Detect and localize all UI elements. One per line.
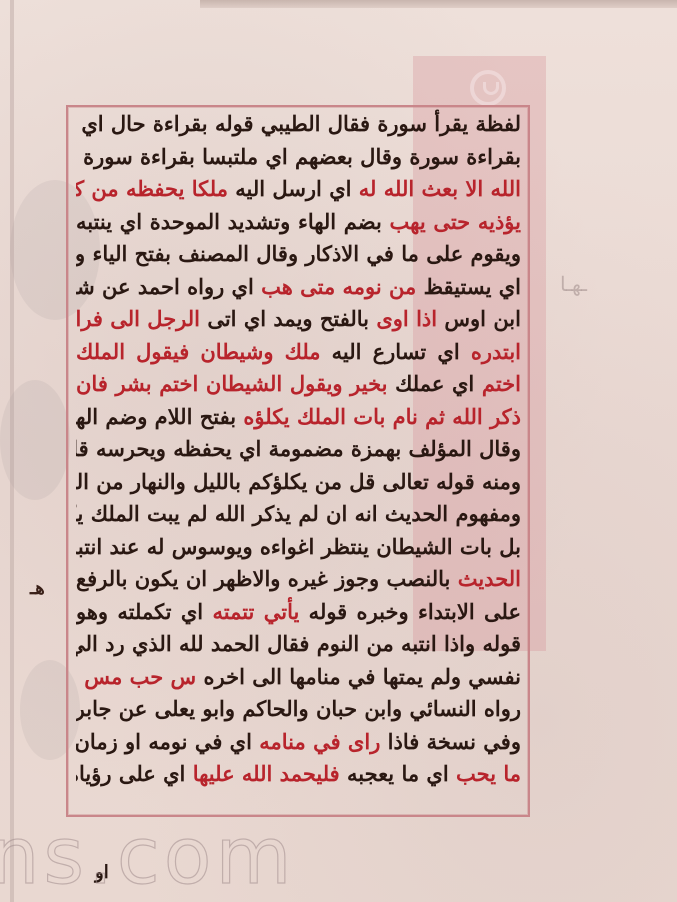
- body-text: بل بات الشيطان ينتظر اغواءه ويوسوس له عن…: [76, 534, 521, 559]
- body-text: نفسي ولم يمتها في منامها الى اخره: [196, 664, 521, 689]
- rubricated-text: ملك وشيطان فيقول الملك: [76, 339, 321, 364]
- rubricated-text: راى في منامه: [259, 729, 380, 754]
- body-text: اي تسارع اليه: [321, 339, 471, 364]
- body-text: ومنه قوله تعالى قل من يكلؤكم بالليل والن…: [76, 469, 521, 494]
- paper-stain: [0, 380, 70, 500]
- body-text: اي في نومه او زمان تحققه: [76, 729, 259, 754]
- manuscript-line: اختم اي عملك بخير ويقول الشيطان اختم بشر…: [76, 368, 521, 401]
- manuscript-line: على الابتداء وخبره قوله يأتي تتمته اي تك…: [76, 596, 521, 629]
- body-text: لفظة يقرأ سورة فقال الطيبي قوله بقراءة ح…: [76, 111, 521, 136]
- rubricated-text: يؤذيه حتى يهب: [390, 209, 521, 234]
- body-text: بفتح اللام وضم الهمزة: [76, 404, 243, 429]
- rubricated-text: اختم: [482, 371, 521, 396]
- body-text: اي تكملته وهو: [76, 599, 212, 624]
- manuscript-line: الله الا بعث الله له اي ارسل اليه ملكا ي…: [76, 173, 521, 206]
- rubricated-text: من نومه متى هب: [261, 274, 416, 299]
- rubricated-text: الرجل الى فراشه: [76, 306, 200, 331]
- body-text: بالفتح ويمد اي اتى: [200, 306, 376, 331]
- catchword: او: [95, 862, 109, 883]
- body-text: اي عملك: [388, 371, 482, 396]
- rubricated-text: ذكر الله ثم نام بات الملك يكلؤه: [243, 404, 521, 429]
- manuscript-line: ويقوم على ما في الاذكار وقال المصنف بفتح…: [76, 238, 521, 271]
- manuscript-line: ومفهوم الحديث انه ان لم يذكر الله لم يبت…: [76, 498, 521, 531]
- page-top-edge: [200, 0, 677, 8]
- manuscript-line: رواه النسائي وابن حبان والحاكم وابو يعلى…: [76, 693, 521, 726]
- body-text: بقراءة سورة وقال بعضهم اي ملتبسا بقراءة …: [76, 144, 521, 169]
- rubricated-text: ابتدره: [471, 339, 521, 364]
- margin-bleed-through-text: ـهـا: [560, 272, 587, 296]
- rubricated-text: س حب مس ص: [76, 664, 196, 689]
- manuscript-text-block: لفظة يقرأ سورة فقال الطيبي قوله بقراءة ح…: [76, 108, 521, 791]
- rubricated-text: ما يحب: [456, 761, 521, 786]
- margin-note-left: هـ: [30, 578, 45, 599]
- rubricated-text: ملكا يحفظه من كل شيء: [76, 176, 228, 201]
- manuscript-line: لفظة يقرأ سورة فقال الطيبي قوله بقراءة ح…: [76, 108, 521, 141]
- body-text: بالنصب وجوز غيره والاظهر ان يكون بالرفع: [76, 566, 458, 591]
- manuscript-line: وقال المؤلف بهمزة مضمومة اي يحفظه ويحرسه…: [76, 433, 521, 466]
- body-text: قوله واذا انتبه من النوم فقال الحمد لله …: [76, 631, 521, 656]
- body-text: اي يستيقظ: [416, 274, 521, 299]
- manuscript-line: ومنه قوله تعالى قل من يكلؤكم بالليل والن…: [76, 466, 521, 499]
- body-text: ابن اوس: [437, 306, 521, 331]
- rubricated-text: يأتي تتمته: [212, 599, 299, 624]
- manuscript-line: وفي نسخة فاذا راى في منامه اي في نومه او…: [76, 726, 521, 759]
- manuscript-line: اي يستيقظ من نومه متى هب اي رواه احمد عن…: [76, 271, 521, 304]
- manuscript-line: ابتدره اي تسارع اليه ملك وشيطان فيقول ال…: [76, 336, 521, 369]
- manuscript-line: بل بات الشيطان ينتظر اغواءه ويوسوس له عن…: [76, 531, 521, 564]
- rubricated-text: الحديث: [458, 566, 521, 591]
- rubricated-text: اذا اوى: [376, 306, 437, 331]
- manuscript-line: ذكر الله ثم نام بات الملك يكلؤه بفتح الل…: [76, 401, 521, 434]
- body-text: ويقوم على ما في الاذكار وقال المصنف بفتح…: [76, 241, 521, 266]
- body-text: اي ما يعجبه: [340, 761, 456, 786]
- body-text: وفي نسخة فاذا: [380, 729, 521, 754]
- manuscript-line: قوله واذا انتبه من النوم فقال الحمد لله …: [76, 628, 521, 661]
- rubricated-text: الله الا بعث الله له: [359, 176, 521, 201]
- body-text: اي رواه احمد عن شداد: [76, 274, 261, 299]
- body-text: اي ارسل اليه: [228, 176, 359, 201]
- rubricated-text: بخير ويقول الشيطان اختم بشر فان: [76, 371, 388, 396]
- body-text: على الابتداء وخبره قوله: [299, 599, 521, 624]
- manuscript-line: ما يحب اي ما يعجبه فليحمد الله عليها اي …: [76, 758, 521, 791]
- manuscript-line: يؤذيه حتى يهب بضم الهاء وتشديد الموحدة ا…: [76, 206, 521, 239]
- manuscript-line: ابن اوس اذا اوى بالفتح ويمد اي اتى الرجل…: [76, 303, 521, 336]
- rubricated-text: فليحمد الله عليها: [193, 761, 340, 786]
- body-text: بضم الهاء وتشديد الموحدة اي ينتبه: [76, 209, 390, 234]
- manuscript-line: بقراءة سورة وقال بعضهم اي ملتبسا بقراءة …: [76, 141, 521, 174]
- manuscript-line: الحديث بالنصب وجوز غيره والاظهر ان يكون …: [76, 563, 521, 596]
- watermark-logo-icon: [470, 70, 506, 106]
- manuscript-line: نفسي ولم يمتها في منامها الى اخره س حب م…: [76, 661, 521, 694]
- body-text: ومفهوم الحديث انه ان لم يذكر الله لم يبت…: [76, 501, 521, 526]
- body-text: اي على رؤياه: [76, 761, 193, 786]
- body-text: وقال المؤلف بهمزة مضمومة اي يحفظه ويحرسه…: [76, 436, 521, 461]
- body-text: رواه النسائي وابن حبان والحاكم وابو يعلى…: [76, 696, 521, 721]
